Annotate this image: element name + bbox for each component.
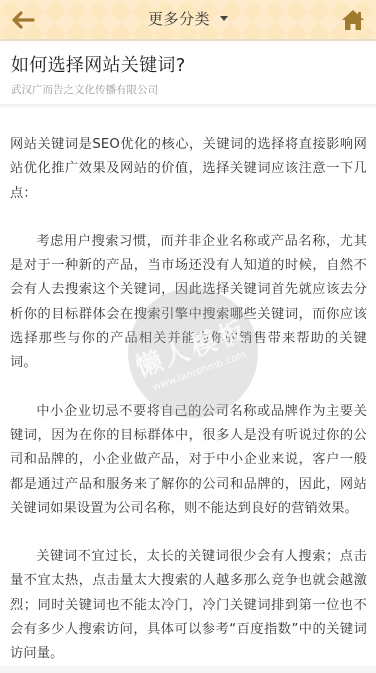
article-paragraph: 网站关键词是SEO优化的核心，关键词的选择将直接影响网站优化推广效果及网站的价值… [10, 133, 367, 206]
article-paragraph: 关键词不宜过长，太长的关键词很少会有人搜索；点击量不宜太热，点击量太大搜索的人越… [10, 545, 367, 666]
home-button[interactable] [340, 7, 366, 33]
back-button[interactable] [10, 8, 36, 32]
category-dropdown[interactable]: 更多分类 [148, 8, 228, 29]
home-icon [341, 9, 365, 31]
top-nav-bar: 更多分类 [0, 0, 376, 41]
article-header: 如何选择网站关键词? 武汉广而告之文化传播有限公司 [0, 41, 376, 105]
article-body: 网站关键词是SEO优化的核心，关键词的选择将直接影响网站优化推广效果及网站的价值… [0, 105, 376, 667]
article-paragraph: 中小企业切忌不要将自己的公司名称或品牌作为主要关键词，因为在你的目标群体中，很多… [10, 400, 367, 521]
arrow-left-icon [11, 11, 35, 29]
article-title: 如何选择网站关键词? [11, 53, 365, 79]
article-source: 武汉广而告之文化传播有限公司 [11, 83, 365, 97]
footer-strip [0, 666, 376, 673]
article-paragraph: 考虑用户搜索习惯，而并非企业名称或产品名称，尤其是对于一种新的产品，当市场还没有… [10, 230, 367, 376]
caret-down-icon [220, 16, 228, 21]
category-dropdown-label: 更多分类 [148, 8, 210, 29]
